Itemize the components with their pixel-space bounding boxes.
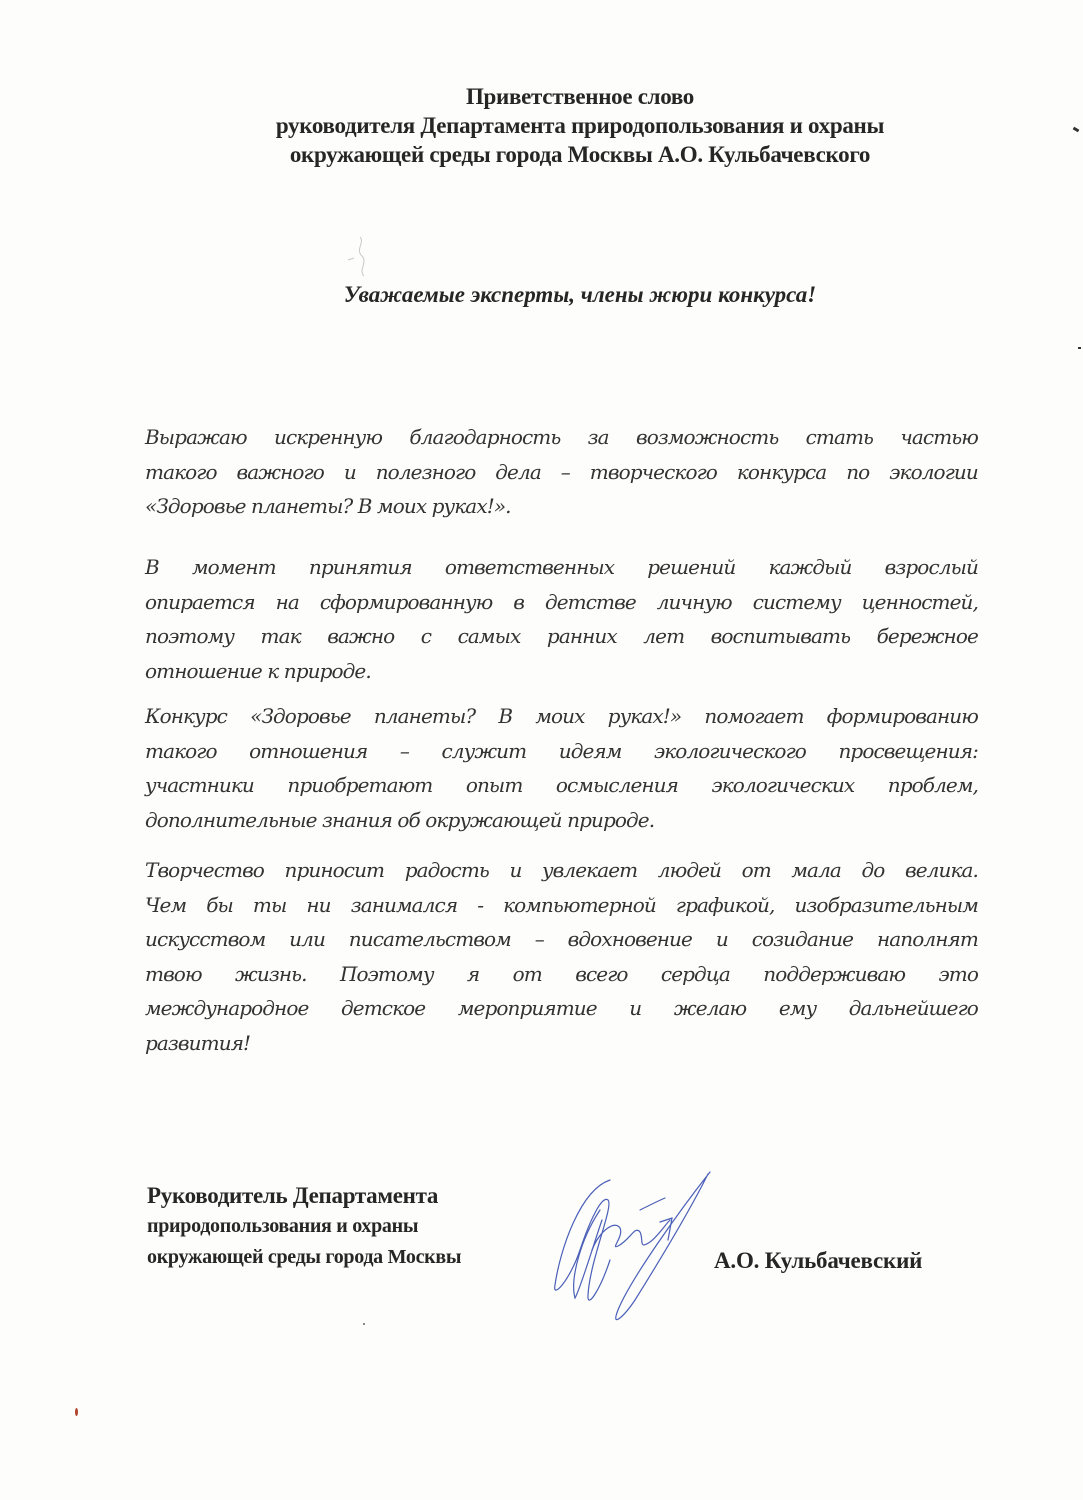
paragraph-line: опираетсянасформированнуювдетствеличнуюс… — [145, 585, 978, 620]
paragraph-line: Конкурс«Здоровьепланеты?Вмоихруках!»помо… — [145, 699, 978, 734]
scan-edge-mark — [1078, 347, 1081, 349]
paragraph-3: Конкурс«Здоровьепланеты?Вмоихруках!»помо… — [145, 699, 978, 837]
signatory-title-line-2: природопользования и охраны — [147, 1211, 461, 1242]
signatory-title-block: Руководитель Департамента природопользов… — [147, 1180, 461, 1273]
document-page: Приветственное слово руководителя Департ… — [0, 0, 1083, 1500]
paragraph-line: Выражаюискреннуюблагодарностьзавозможнос… — [145, 420, 978, 455]
scan-edge-mark — [1073, 127, 1080, 133]
paragraph-line: такоговажногоиполезногодела–творческогок… — [145, 455, 978, 490]
salutation: Уважаемые эксперты, члены жюри конкурса! — [150, 282, 1010, 308]
heading-line-3: окружающей среды города Москвы А.О. Куль… — [150, 140, 1010, 169]
scan-speck — [75, 1408, 78, 1416]
heading-line-2: руководителя Департамента природопользов… — [150, 111, 1010, 140]
paragraph-line: такогоотношения–служитидеямэкологическог… — [145, 734, 978, 769]
paragraph-2: Вмоментпринятияответственныхрешенийкажды… — [145, 550, 978, 688]
signatory-title-line-3: окружающей среды города Москвы — [147, 1242, 461, 1273]
paragraph-line: твоюжизнь.Поэтомуяотвсегосердцаподдержив… — [145, 957, 978, 992]
paragraph-line: «Здоровье планеты? В моих руках!». — [145, 489, 978, 524]
paragraph-line: международноедетскоемероприятиеижелаюему… — [145, 991, 978, 1026]
scan-artifact-icon — [340, 232, 380, 282]
handwritten-signature-icon — [540, 1170, 740, 1330]
heading-line-1: Приветственное слово — [150, 82, 1010, 111]
document-heading: Приветственное слово руководителя Департ… — [150, 82, 1010, 169]
paragraph-line: отношение к природе. — [145, 654, 978, 689]
paragraph-line: Вмоментпринятияответственныхрешенийкажды… — [145, 550, 978, 585]
paragraph-line: дополнительные знания об окружающей прир… — [145, 803, 978, 838]
paragraph-1: Выражаюискреннуюблагодарностьзавозможнос… — [145, 420, 978, 524]
paragraph-line: развития! — [145, 1026, 978, 1061]
paragraph-line: участникиприобретаютопытосмысленияэколог… — [145, 768, 978, 803]
signatory-name: А.О. Кульбачевский — [714, 1248, 922, 1274]
paragraph-line: поэтомутакважноссамыхраннихлетвоспитыват… — [145, 619, 978, 654]
scan-speck — [363, 1323, 365, 1325]
paragraph-line: Творчествоприноситрадостьиувлекаетлюдейо… — [145, 853, 978, 888]
paragraph-line: Чембытынизанимался-компьютернойграфикой,… — [145, 888, 978, 923]
paragraph-line: искусствомилиписательством–вдохновениеис… — [145, 922, 978, 957]
signatory-title: Руководитель Департамента — [147, 1180, 461, 1211]
paragraph-4: Творчествоприноситрадостьиувлекаетлюдейо… — [145, 853, 978, 1060]
